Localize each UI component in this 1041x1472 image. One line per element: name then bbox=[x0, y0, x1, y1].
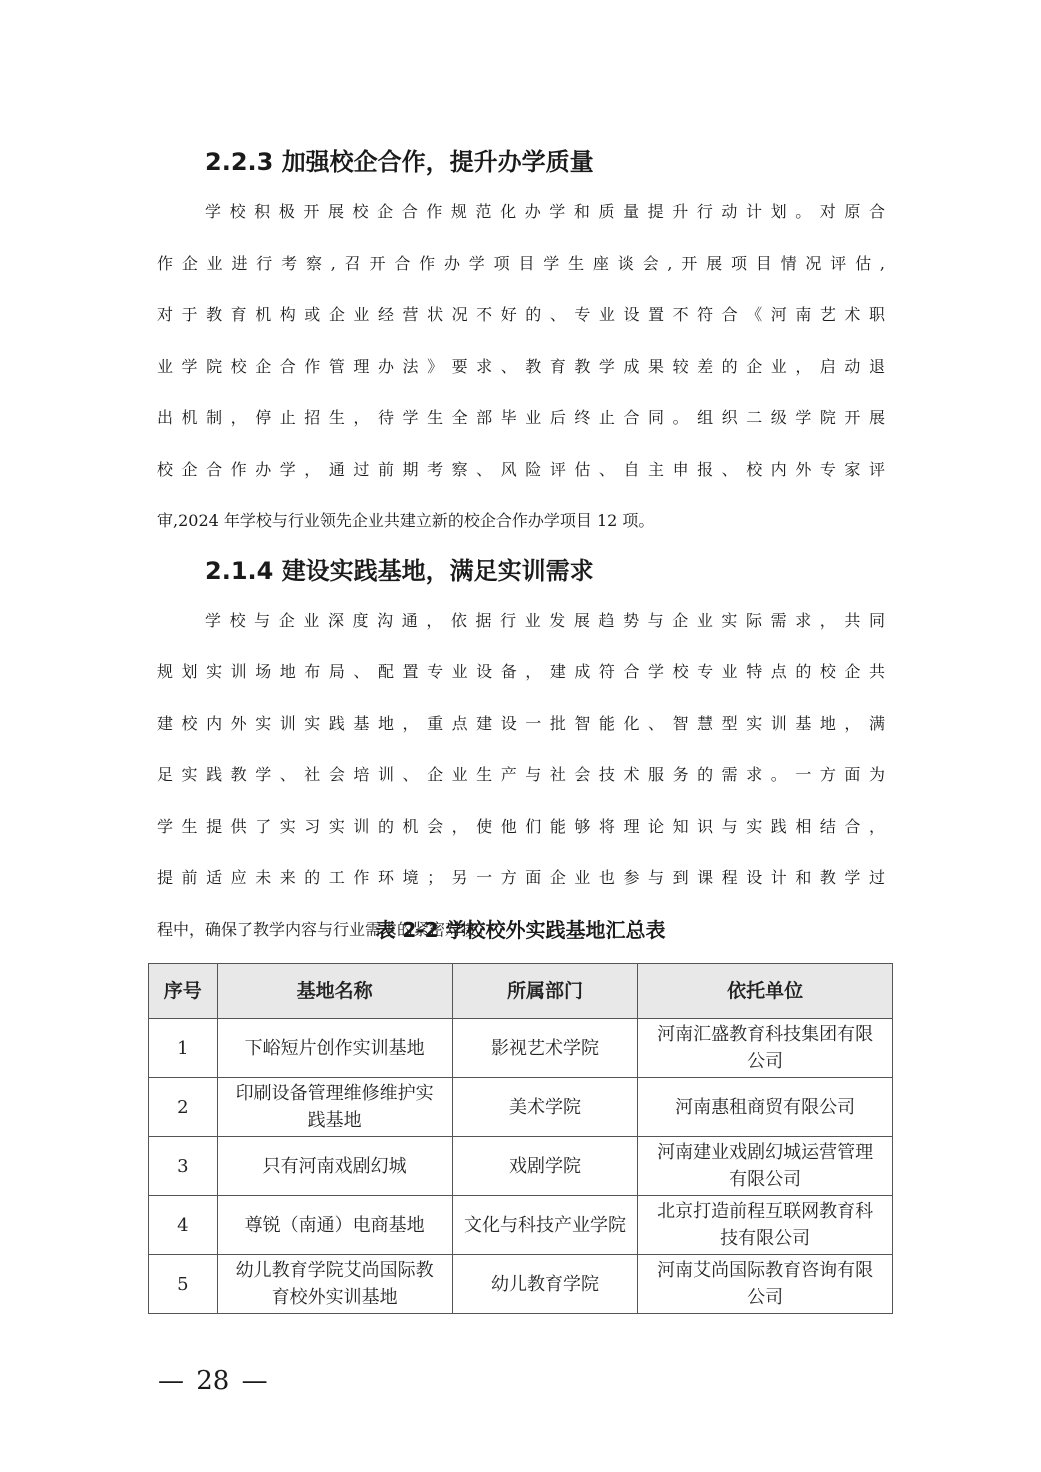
practice-bases-table: 序号 基地名称 所属部门 依托单位 1 下峪短片创作实训基地 影视艺术学院 河南… bbox=[148, 963, 893, 1314]
cell-index: 2 bbox=[149, 1078, 218, 1137]
document-page: 2.2.3 加强校企合作，提升办学质量 学校积极开展校企合作规范化办学和质量提升… bbox=[0, 0, 1041, 1472]
cell-department: 幼儿教育学院 bbox=[452, 1255, 637, 1314]
paragraph-line: 学校积极开展校企合作规范化办学和质量提升行动计划。对原合 bbox=[157, 186, 885, 238]
paragraph-line: 作企业进行考察,召开合作办学项目学生座谈会,开展项目情况评估, bbox=[157, 238, 885, 290]
page-content: 2.2.3 加强校企合作，提升办学质量 学校积极开展校企合作规范化办学和质量提升… bbox=[157, 138, 885, 955]
table-header-row: 序号 基地名称 所属部门 依托单位 bbox=[149, 964, 893, 1019]
cell-base-name: 只有河南戏剧幻城 bbox=[217, 1137, 452, 1196]
cell-department: 影视艺术学院 bbox=[452, 1019, 637, 1078]
paragraph-line: 提前适应未来的工作环境；另一方面企业也参与到课程设计和教学过 bbox=[157, 852, 885, 904]
page-number: — 28 — bbox=[158, 1366, 268, 1396]
table-row: 4 尊锐（南通）电商基地 文化与科技产业学院 北京打造前程互联网教育科技有限公司 bbox=[149, 1196, 893, 1255]
cell-index: 4 bbox=[149, 1196, 218, 1255]
paragraph-line: 审,2024 年学校与行业领先企业共建立新的校企合作办学项目 12 项。 bbox=[157, 495, 885, 547]
header-department: 所属部门 bbox=[452, 964, 637, 1019]
cell-department: 文化与科技产业学院 bbox=[452, 1196, 637, 1255]
header-index: 序号 bbox=[149, 964, 218, 1019]
paragraph-line: 建校内外实训实践基地，重点建设一批智能化、智慧型实训基地，满 bbox=[157, 698, 885, 750]
paragraph-line: 规划实训场地布局、配置专业设备，建成符合学校专业特点的校企共 bbox=[157, 646, 885, 698]
cell-base-name: 印刷设备管理维修维护实践基地 bbox=[217, 1078, 452, 1137]
cell-base-name: 幼儿教育学院艾尚国际教育校外实训基地 bbox=[217, 1255, 452, 1314]
cell-host-unit: 北京打造前程互联网教育科技有限公司 bbox=[638, 1196, 893, 1255]
header-base-name: 基地名称 bbox=[217, 964, 452, 1019]
cell-department: 美术学院 bbox=[452, 1078, 637, 1137]
cell-department: 戏剧学院 bbox=[452, 1137, 637, 1196]
cell-index: 5 bbox=[149, 1255, 218, 1314]
paragraph-line: 业学院校企合作管理办法》要求、教育教学成果较差的企业，启动退 bbox=[157, 341, 885, 393]
cell-index: 1 bbox=[149, 1019, 218, 1078]
cell-host-unit: 河南汇盛教育科技集团有限公司 bbox=[638, 1019, 893, 1078]
paragraph-line: 出机制，停止招生，待学生全部毕业后终止合同。组织二级学院开展 bbox=[157, 392, 885, 444]
cell-host-unit: 河南惠租商贸有限公司 bbox=[638, 1078, 893, 1137]
paragraph-line: 学校与企业深度沟通，依据行业发展趋势与企业实际需求，共同 bbox=[157, 595, 885, 647]
cell-index: 3 bbox=[149, 1137, 218, 1196]
table-row: 5 幼儿教育学院艾尚国际教育校外实训基地 幼儿教育学院 河南艾尚国际教育咨询有限… bbox=[149, 1255, 893, 1314]
cell-host-unit: 河南建业戏剧幻城运营管理有限公司 bbox=[638, 1137, 893, 1196]
table-row: 1 下峪短片创作实训基地 影视艺术学院 河南汇盛教育科技集团有限公司 bbox=[149, 1019, 893, 1078]
paragraph-line: 学生提供了实习实训的机会，使他们能够将理论知识与实践相结合， bbox=[157, 801, 885, 853]
table-row: 2 印刷设备管理维修维护实践基地 美术学院 河南惠租商贸有限公司 bbox=[149, 1078, 893, 1137]
table-caption: 表 2-2 学校校外实践基地汇总表 bbox=[0, 912, 1041, 948]
cell-base-name: 尊锐（南通）电商基地 bbox=[217, 1196, 452, 1255]
table-row: 3 只有河南戏剧幻城 戏剧学院 河南建业戏剧幻城运营管理有限公司 bbox=[149, 1137, 893, 1196]
paragraph-line: 足实践教学、社会培训、企业生产与社会技术服务的需求。一方面为 bbox=[157, 749, 885, 801]
header-host-unit: 依托单位 bbox=[638, 964, 893, 1019]
paragraph-line: 校企合作办学，通过前期考察、风险评估、自主申报、校内外专家评 bbox=[157, 444, 885, 496]
section-paragraph-2-1-4: 学校与企业深度沟通，依据行业发展趋势与企业实际需求，共同 规划实训场地布局、配置… bbox=[157, 595, 885, 956]
cell-host-unit: 河南艾尚国际教育咨询有限公司 bbox=[638, 1255, 893, 1314]
section-heading-2-2-3: 2.2.3 加强校企合作，提升办学质量 bbox=[157, 138, 885, 186]
section-paragraph-2-2-3: 学校积极开展校企合作规范化办学和质量提升行动计划。对原合 作企业进行考察,召开合… bbox=[157, 186, 885, 547]
section-heading-2-1-4: 2.1.4 建设实践基地，满足实训需求 bbox=[157, 547, 885, 595]
paragraph-line: 对于教育机构或企业经营状况不好的、专业设置不符合《河南艺术职 bbox=[157, 289, 885, 341]
cell-base-name: 下峪短片创作实训基地 bbox=[217, 1019, 452, 1078]
